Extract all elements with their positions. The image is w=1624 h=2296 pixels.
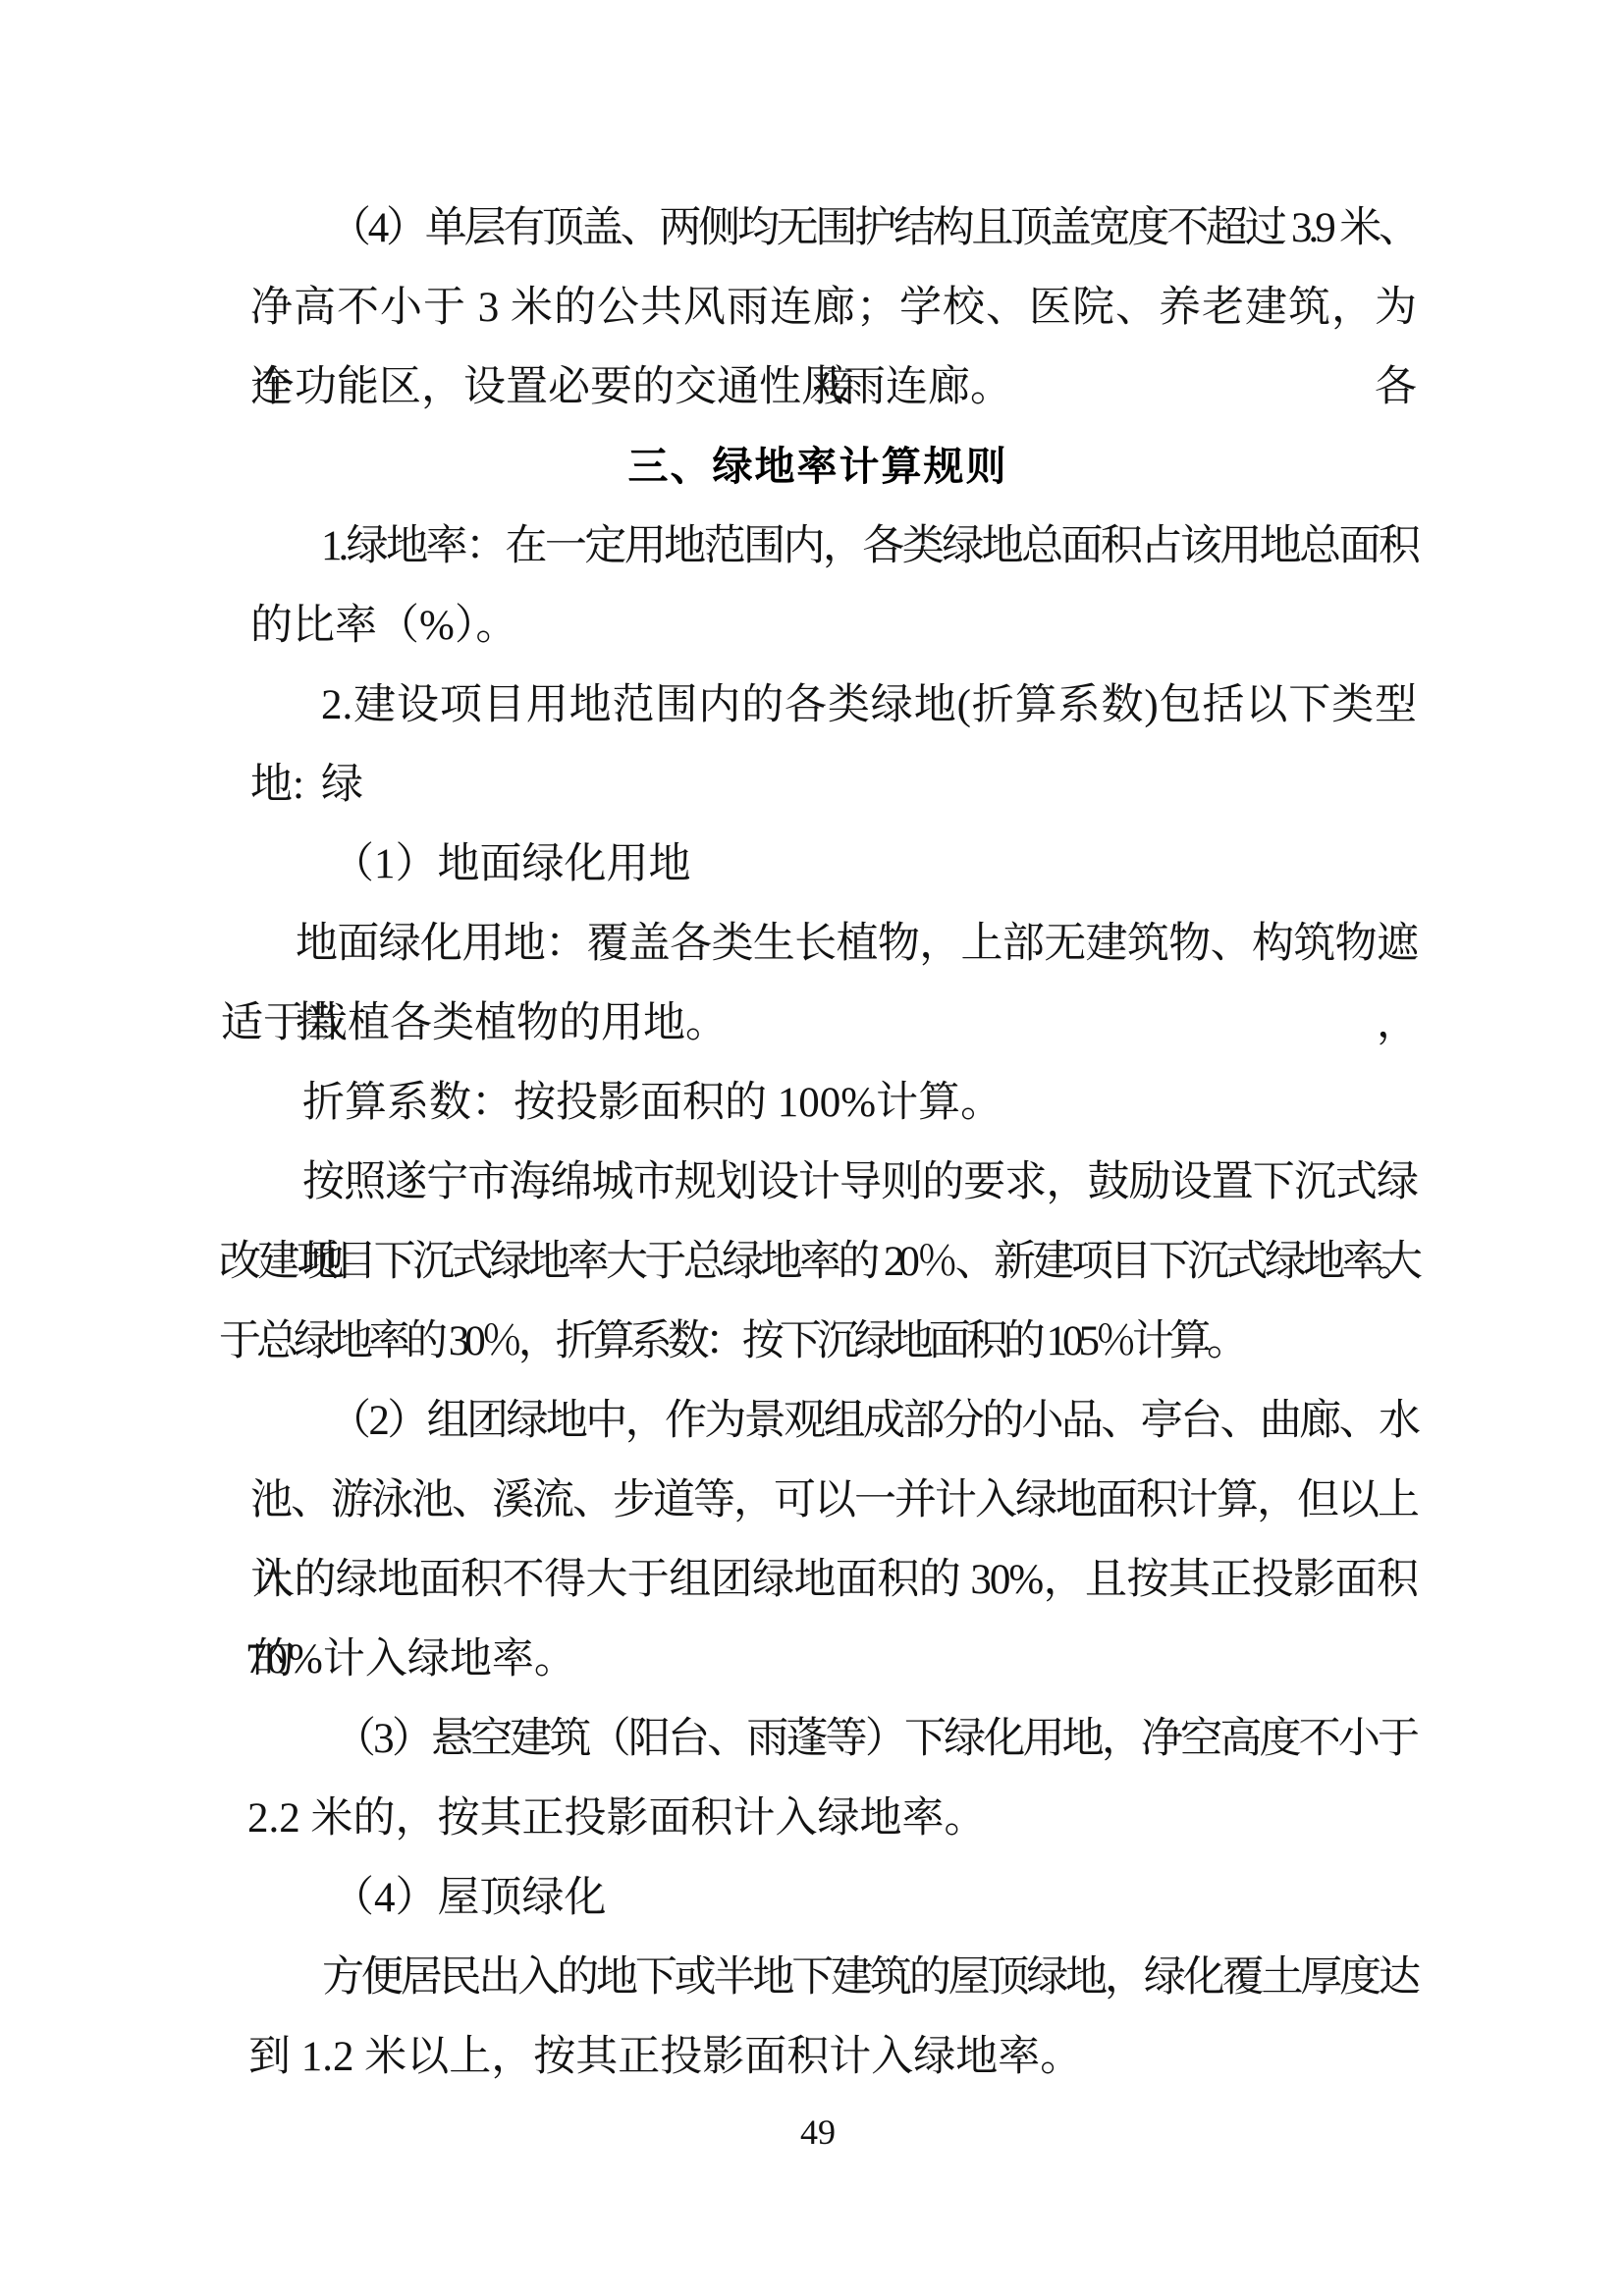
text-line: 折算系数：按投影面积的 100%计算。	[219, 1063, 1417, 1143]
text-line: 到 1.2 米以上，按其正投影面积计入绿地率。	[219, 2017, 1417, 2097]
text-line: 地:	[219, 745, 1417, 825]
text-line: 池、游泳池、溪流、步道等，可以一并计入绿地面积计算，但以上计	[219, 1461, 1417, 1540]
text-column: （4）单层有顶盖、两侧均无围护结构且顶盖宽度不超过 3.9 米、 净高不小于 3…	[219, 188, 1417, 2152]
text-line: 地面绿化用地：覆盖各类生长植物，上部无建筑物、构筑物遮挡，	[219, 904, 1417, 984]
text-line: 2.2 米的，按其正投影面积计入绿地率。	[219, 1779, 1417, 1858]
text-line: 净高不小于 3 米的公共风雨连廊；学校、医院、养老建筑，为连接各	[219, 268, 1417, 347]
document-page: （4）单层有顶盖、两侧均无围护结构且顶盖宽度不超过 3.9 米、 净高不小于 3…	[0, 0, 1624, 2296]
text-line: 改建项目下沉式绿地率大于总绿地率的 20％、新建项目下沉式绿地率大	[219, 1222, 1417, 1302]
text-line: （4）单层有顶盖、两侧均无围护结构且顶盖宽度不超过 3.9 米、	[219, 188, 1417, 268]
text-line: （2）组团绿地中，作为景观组成部分的小品、亭台、曲廊、水	[219, 1381, 1417, 1461]
text-line: 按照遂宁市海绵城市规划设计导则的要求，鼓励设置下沉式绿地。	[219, 1143, 1417, 1222]
text-line: 1.绿地率：在一定用地范围内，各类绿地总面积占该用地总面积	[219, 507, 1417, 586]
text-line: 于总绿地率的 30％，折算系数：按下沉绿地面积的 105％计算。	[219, 1302, 1417, 1381]
page-number: 49	[219, 2112, 1417, 2152]
text-line: 方便居民出入的地下或半地下建筑的屋顶绿地，绿化覆土厚度达	[219, 1938, 1417, 2017]
text-line: （4）屋顶绿化	[219, 1858, 1417, 1938]
text-line: （3）悬空建筑（阳台、雨蓬等）下绿化用地，净空高度不小于	[219, 1699, 1417, 1779]
text-line: （1）地面绿化用地	[219, 825, 1417, 904]
text-line: 70%计入绿地率。	[219, 1620, 1417, 1699]
text-line: 入的绿地面积不得大于组团绿地面积的 30%，且按其正投影面积的	[219, 1540, 1417, 1620]
text-line: 的比率（%）。	[219, 586, 1417, 666]
section-heading: 三、绿地率计算规则	[219, 427, 1417, 507]
text-line: 2.建设项目用地范围内的各类绿地(折算系数)包括以下类型绿	[219, 666, 1417, 745]
